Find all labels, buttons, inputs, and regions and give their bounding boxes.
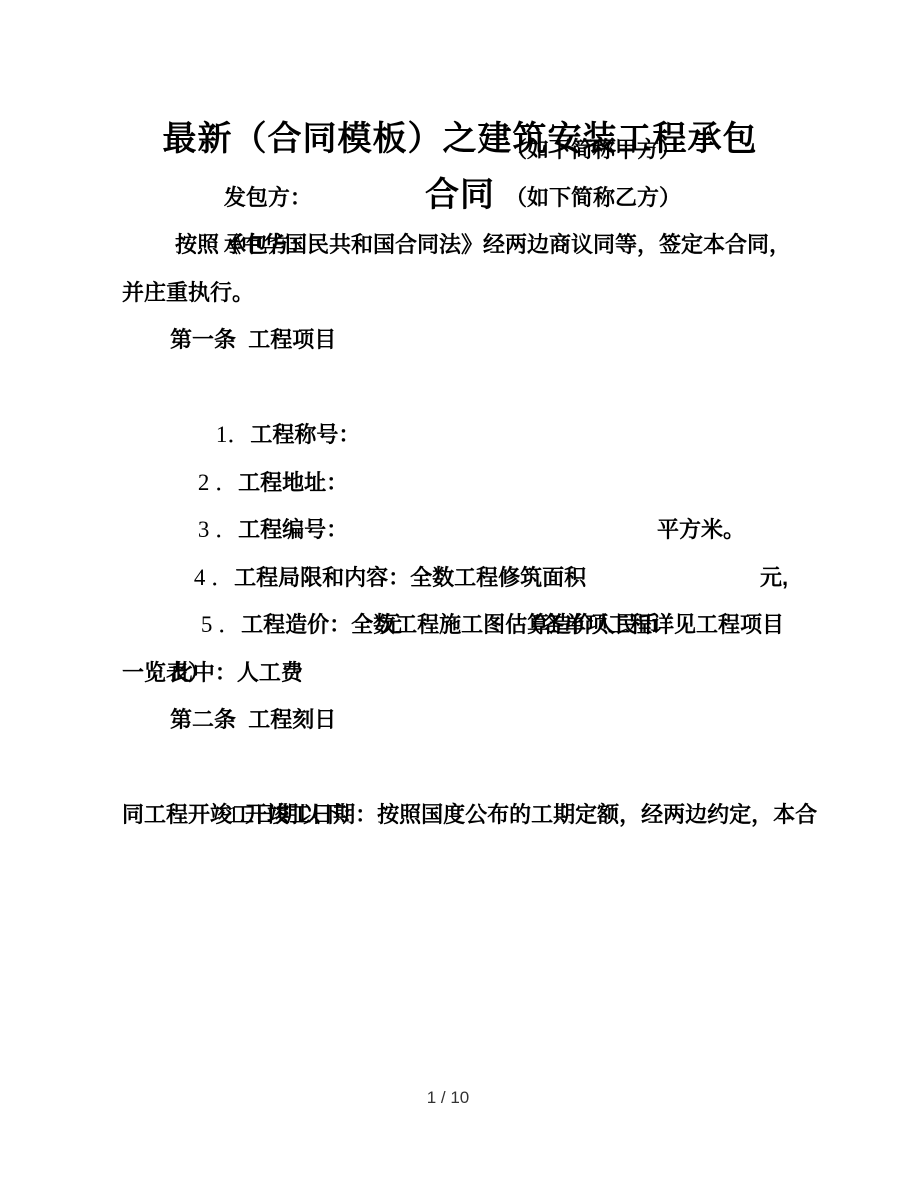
party-a-line: 发包方： （如下简称甲方） [122,126,812,174]
cost-detail-line: 此中：人工费 元 （各单项工程详见工程项目 [122,601,812,649]
preamble-line-2: 并庄重执行。 [122,269,812,317]
party-a-alias: （如下简称甲方） [505,126,681,174]
document-page: 最新（合同模板）之建筑安装工程承包 合同 发包方： （如下简称甲方） 承包方： … [0,0,920,1192]
article2-item-1-line-2: 同工程开竣工日期以下： [122,791,812,839]
preamble-line-1: 按照《中华国民共和国合同法》经两边商议同等，签定本合同， [122,221,812,269]
document-body: 发包方： （如下简称甲方） 承包方： （如下简称乙方） 按照《中华国民共和国合同… [122,126,812,839]
article1-item-1: 1．工程称号： [122,364,812,412]
article1-item-5: 5 ．工程造价：全数工程施工图估算造价人民币 元, [122,554,812,602]
article1-item-4-unit: 平方米。 [657,506,745,554]
document-content: 发包方： （如下简称甲方） 承包方： （如下简称乙方） 按照《中华国民共和国合同… [122,0,812,839]
party-b-line: 承包方： （如下简称乙方） [122,174,812,222]
article2-heading: 第二条 工程刻日 [122,696,812,744]
article1-item-4: 4 ．工程局限和内容：全数工程修筑面积 平方米。 [122,506,812,554]
article1-heading: 第一条 工程项目 [122,316,812,364]
cost-detail-unit: 元 [380,601,402,649]
page-number: 1 / 10 [0,1088,896,1108]
article1-item-5-unit: 元, [760,554,788,602]
cost-detail-note: （各单项工程详见工程项目 [520,601,784,649]
party-b-alias: （如下简称乙方） [505,174,681,222]
article1-item-3: 3 ．工程编号： [122,459,812,507]
article1-item-2: 2 ．工程地址： [122,411,812,459]
article2-item-1-line-1: 1.开竣工日期：按照国度公布的工期定额，经两边约定，本合 [122,744,812,792]
cost-detail-note-continued: 一览表） [122,649,812,697]
